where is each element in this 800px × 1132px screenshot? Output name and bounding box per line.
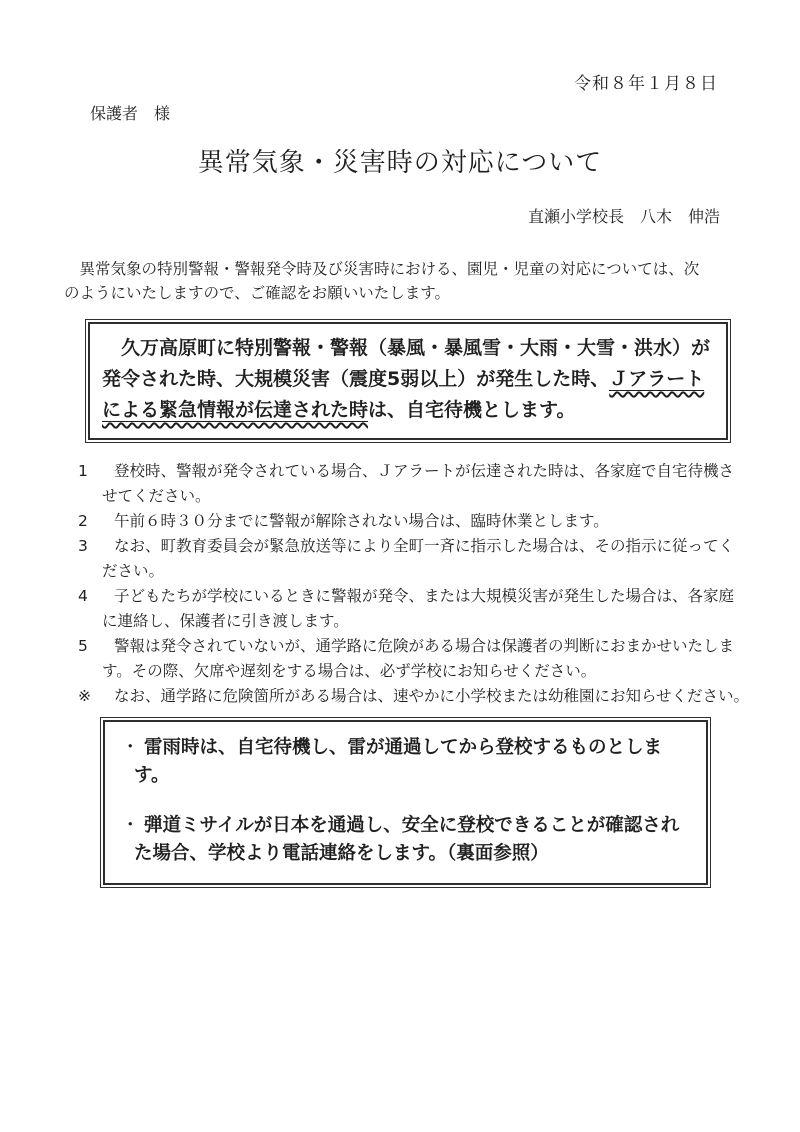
list-item-number: 3 [78, 534, 88, 559]
list-item: 2午前６時３０分までに警報が解除されない場合は、臨時休業とします。 [64, 509, 736, 534]
author-line: 直瀬小学校長 八木 伸浩 [64, 207, 720, 227]
additional-notice-box-inner: ・雷雨時は、自宅待機し、雷が通過してから登校するものとします。 ・弾道ミサイルが… [103, 720, 708, 885]
list-item: 4子どもたちが学校にいるときに警報が発令、または大規模災害が発生した場合は、各家… [64, 584, 736, 634]
list-item-text: 午前６時３０分までに警報が解除されない場合は、臨時休業とします。 [114, 512, 609, 530]
emergency-notice-box: 久万高原町に特別警報・警報（暴風・暴風雪・大雨・大雪・洪水）が発令された時、大規… [85, 319, 731, 443]
list-item-text: 子どもたちが学校にいるときに警報が発令、または大規模災害が発生した場合は、各家庭… [102, 587, 734, 630]
document-date: 令和８年１月８日 [64, 74, 718, 95]
list-item-text: なお、町教育委員会が緊急放送等により全町一斉に指示した場合は、その指示に従ってく… [102, 537, 734, 580]
list-item-number: 1 [78, 459, 88, 484]
document-title: 異常気象・災害時の対応について [64, 146, 736, 180]
bullet-icon: ・ [121, 734, 140, 762]
list-item-text: 警報は発令されていないが、通学路に危険がある場合は保護者の判断におまかせいたしま… [102, 637, 734, 680]
list-item-number: 4 [78, 584, 88, 609]
list-item-text: 登校時、警報が発令されている場合、Ｊアラートが伝達された時は、各家庭で自宅待機さ… [102, 462, 734, 505]
bullet-icon: ・ [121, 812, 140, 840]
emergency-notice-text-after: は、自宅待機とします。 [368, 399, 575, 421]
additional-notice-box: ・雷雨時は、自宅待機し、雷が通過してから登校するものとします。 ・弾道ミサイルが… [100, 717, 711, 888]
intro-paragraph: 異常気象の特別警報・警報発令時及び災害時における、園児・児童の対応については、次… [64, 258, 704, 305]
list-item: 3なお、町教育委員会が緊急放送等により全町一斉に指示した場合は、その指示に従って… [64, 534, 736, 584]
list-item-number: 5 [78, 634, 88, 659]
list-item: 1登校時、警報が発令されている場合、Ｊアラートが伝達された時は、各家庭で自宅待機… [64, 459, 736, 509]
list-item-note: ※なお、通学路に危険箇所がある場合は、速やかに小学校または幼稚園にお知らせくださ… [64, 684, 778, 709]
list-item-number: ※ [78, 684, 91, 709]
recipient-line: 保護者 様 [90, 104, 736, 124]
list-item: 5警報は発令されていないが、通学路に危険がある場合は保護者の判断におまかせいたし… [64, 634, 736, 684]
list-item-text: なお、通学路に危険箇所がある場合は、速やかに小学校または幼稚園にお知らせください… [114, 687, 749, 705]
emergency-notice-box-inner: 久万高原町に特別警報・警報（暴風・暴風雪・大雨・大雪・洪水）が発令された時、大規… [88, 322, 728, 440]
bullet-text: 弾道ミサイルが日本を通過し、安全に登校できることが確認された場合、学校より電話連… [134, 815, 679, 864]
document-page: 令和８年１月８日 保護者 様 異常気象・災害時の対応について 直瀬小学校長 八木… [0, 0, 800, 1132]
rules-list: 1登校時、警報が発令されている場合、Ｊアラートが伝達された時は、各家庭で自宅待機… [64, 459, 736, 709]
bullet-item: ・弾道ミサイルが日本を通過し、安全に登校できることが確認された場合、学校より電話… [117, 812, 694, 868]
list-item-number: 2 [78, 509, 88, 534]
bullet-item: ・雷雨時は、自宅待機し、雷が通過してから登校するものとします。 [117, 734, 694, 790]
bullet-text: 雷雨時は、自宅待機し、雷が通過してから登校するものとします。 [134, 737, 662, 786]
